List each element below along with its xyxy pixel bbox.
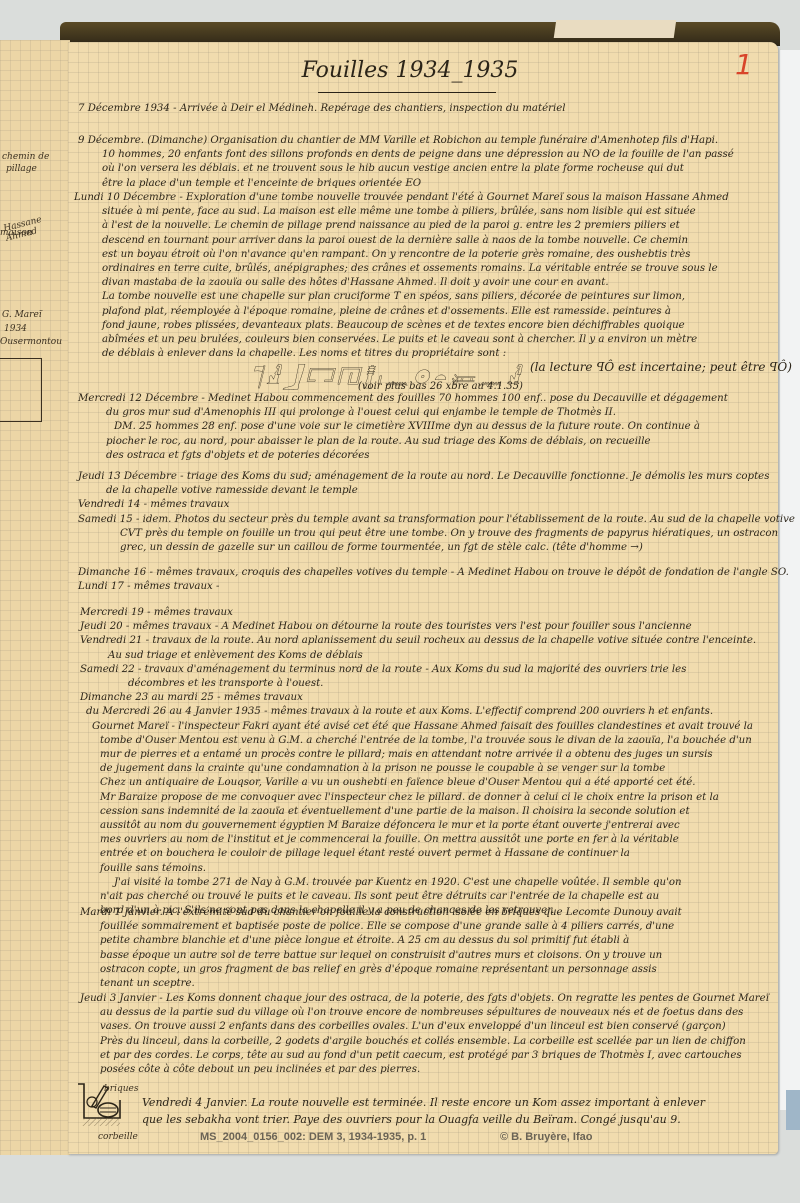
entry-line: Vendredi 4 Janvier. La route nouvelle es… <box>142 1094 705 1111</box>
entry-line: Dimanche 23 au mardi 25 - mêmes travaux <box>80 691 756 705</box>
entry-line: descend en tournant pour arriver dans la… <box>74 234 729 248</box>
entry-line: 7 Décembre 1934 - Arrivée à Deir el Médi… <box>78 103 566 114</box>
margin-note-gournet: G. Mareï <box>2 310 42 320</box>
page-title: Fouilles 1934_1935 <box>300 58 520 83</box>
left-page-margin: chemin de pillage maison Hassane Ahmed G… <box>0 40 70 1155</box>
entry-line: Mercredi 12 Décembre - Medinet Habou com… <box>78 392 728 406</box>
page-number: 1 <box>735 48 753 81</box>
entry-line: Gournet Mareï - l'inspecteur Fakri ayant… <box>80 720 756 734</box>
entry-9-dec: 9 Décembre. (Dimanche) Organisation du c… <box>78 134 734 191</box>
entry-line: au dessus de la partie sud du village où… <box>80 1006 769 1020</box>
entry-line: où l'on versera les déblais. et ne trouv… <box>78 162 734 176</box>
archive-caption: MS_2004_0156_002: DEM 3, 1934-1935, p. 1 <box>200 1131 426 1143</box>
sketch-label-bricks: briques <box>104 1084 138 1094</box>
entry-line: ordinaires en terre cuite, brûlés, anépi… <box>74 262 729 276</box>
entry-line: Samedi 22 - travaux d'aménagement du ter… <box>80 663 756 677</box>
color-tab <box>786 1090 800 1130</box>
sketch-label-basket: corbeille <box>98 1132 138 1142</box>
margin-note-ousermontou: Ousermontou <box>0 337 62 347</box>
entry-line: CVT près du temple on fouille un trou qu… <box>78 527 795 541</box>
entry-line: mes ouvriers au nom de l'institut et je … <box>80 833 756 847</box>
entry-line: Au sud triage et enlèvement des Koms de … <box>80 649 756 663</box>
entry-line: de jugement dans la crainte qu'une conda… <box>80 762 756 776</box>
entry-line: Jeudi 3 Janvier - Les Koms donnent chaqu… <box>80 992 769 1006</box>
entry-line: Mardi 1 Janvier. A l'extrémité sud du ch… <box>80 906 682 920</box>
entry-line: de la chapelle votive ramesside devant l… <box>78 484 795 498</box>
margin-plan-sketch <box>0 358 42 422</box>
entry-line: n'ait pas cherché ou trouvé le puits et … <box>80 890 756 904</box>
entry-line: à l'est de la nouvelle. Le chemin de pil… <box>74 219 729 233</box>
hieroglyph-reading-note: (la lecture ꟼÔ est incertaine; peut être… <box>530 360 792 374</box>
entry-line: du gros mur sud d'Amenophis III qui prol… <box>78 406 728 420</box>
entry-line: Chez un antiquaire de Louqsor, Varille a… <box>80 776 756 790</box>
entry-line: 9 Décembre. (Dimanche) Organisation du c… <box>78 134 734 148</box>
title-underline <box>318 92 496 93</box>
entry-line: Jeudi 20 - mêmes travaux - A Medinet Hab… <box>80 620 756 634</box>
entry-10-dec: Lundi 10 Décembre - Exploration d'une to… <box>74 191 729 361</box>
entry-line: des ostraca et fgts d'objets et de poter… <box>78 449 728 463</box>
entry-line: entrée et on bouchera le couloir de pill… <box>80 847 756 861</box>
entry-3-jan: Jeudi 3 Janvier - Les Koms donnent chaqu… <box>80 992 769 1077</box>
entry-line: située à mi pente, face au sud. La maiso… <box>74 205 729 219</box>
entry-line: Dimanche 16 - mêmes travaux, croquis des… <box>78 566 789 580</box>
entry-line: divan mastaba de la zaouïa ou salle des … <box>74 276 729 290</box>
entry-line: cession sans indemnité de la zaouïa et é… <box>80 805 756 819</box>
entry-7-dec: 7 Décembre 1934 - Arrivée à Deir el Médi… <box>78 102 566 116</box>
entry-13-15-dec: Jeudi 13 Décembre - triage des Koms du s… <box>78 470 795 555</box>
entry-line: fond jaune, robes plissées, devanteaux p… <box>74 319 729 333</box>
entry-line: Jeudi 13 Décembre - triage des Koms du s… <box>78 470 795 484</box>
entry-line: être la place d'un temple et l'enceinte … <box>78 177 734 191</box>
entry-line: Mercredi 19 - mêmes travaux <box>80 606 756 620</box>
entry-line: décombres et les transporte à l'ouest. <box>80 677 756 691</box>
entry-line: du Mercredi 26 au 4 Janvier 1935 - mêmes… <box>80 705 756 719</box>
entry-line: La tombe nouvelle est une chapelle sur p… <box>74 290 729 304</box>
entry-line: posées côte à côte debout un peu incliné… <box>80 1063 769 1077</box>
entry-line: que les sebakha vont trier. Paye des ouv… <box>142 1111 705 1128</box>
entry-line: Lundi 10 Décembre - Exploration d'une to… <box>74 191 729 205</box>
entry-line: petite chambre blanchie et d'une pièce l… <box>80 934 682 948</box>
entry-12-dec: Mercredi 12 Décembre - Medinet Habou com… <box>78 392 728 463</box>
entry-line: vases. On trouve aussi 2 enfants dans de… <box>80 1020 769 1034</box>
entry-line: DM. 25 hommes 28 enf. pose d'une voie su… <box>78 420 728 434</box>
entry-19-dec-to-4-jan: Mercredi 19 - mêmes travaux Jeudi 20 - m… <box>80 606 756 918</box>
entry-line: Vendredi 14 - mêmes travaux <box>78 498 795 512</box>
margin-note-pillage: pillage <box>6 164 37 174</box>
copyright-notice: © B. Bruyère, Ifao <box>500 1131 592 1143</box>
entry-line: J'ai visité la tombe 271 de Nay à G.M. t… <box>80 876 756 890</box>
entry-line: fouillée sommairement et baptisée poste … <box>80 920 682 934</box>
entry-line: mur de pierres et a entamé un procès con… <box>80 748 756 762</box>
entry-line: Mr Baraize propose de me convoquer avec … <box>80 791 756 805</box>
entry-line: tombe d'Ouser Mentou est venu à G.M. a c… <box>80 734 756 748</box>
entry-line: tenant un sceptre. <box>80 977 682 991</box>
entry-line: Près du linceul, dans la corbeille, 2 go… <box>80 1035 769 1049</box>
entry-line: Samedi 15 - idem. Photos du secteur près… <box>78 513 795 527</box>
entry-line: abîmées et un peu brulées, couleurs bien… <box>74 333 729 347</box>
entry-line: plafond plat, réemployée à l'époque roma… <box>74 305 729 319</box>
entry-line: piocher le roc, au nord, pour abaisser l… <box>78 435 728 449</box>
entry-line: Vendredi 21 - travaux de la route. Au no… <box>80 634 756 648</box>
entry-line: ostracon copte, un gros fragment de bas … <box>80 963 682 977</box>
entry-1-jan: Mardi 1 Janvier. A l'extrémité sud du ch… <box>80 906 682 991</box>
entry-16-17-dec: Dimanche 16 - mêmes travaux, croquis des… <box>78 566 789 594</box>
entry-line: basse époque un autre sol de terre battu… <box>80 949 682 963</box>
entry-line: grec, un dessin de gazelle sur un caillo… <box>78 541 795 555</box>
margin-note-year: 1934 <box>4 324 27 334</box>
margin-note-hassane: Hassane Ahmed <box>3 208 72 243</box>
paper-tab <box>554 20 677 38</box>
entry-line: fouille sans témoins. <box>80 862 756 876</box>
entry-line: est un boyau étroit où l'on n'avance qu'… <box>74 248 729 262</box>
margin-note-chemin: chemin de <box>2 152 49 162</box>
entry-line: aussitôt au nom du gouvernement égyptien… <box>80 819 756 833</box>
entry-line: 10 hommes, 20 enfants font des sillons p… <box>78 148 734 162</box>
entry-4-jan: Vendredi 4 Janvier. La route nouvelle es… <box>142 1094 705 1128</box>
entry-line: Lundi 17 - mêmes travaux - <box>78 580 789 594</box>
entry-line: et par des cordes. Le corps, tête au sud… <box>80 1049 769 1063</box>
